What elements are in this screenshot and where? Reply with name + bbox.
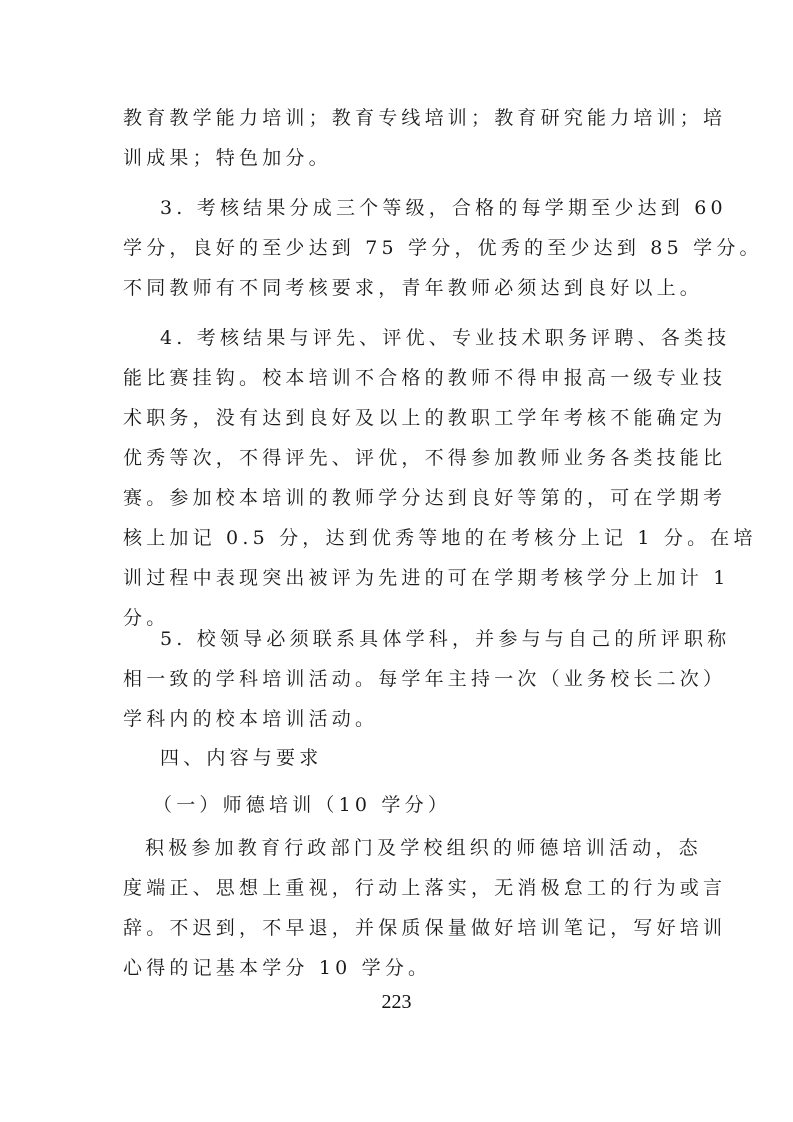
text-line: 辞。不迟到，不早退，并保质保量做好培训笔记，写好培训 xyxy=(123,916,683,940)
text-line: 4. 考核结果与评先、评优、专业技术职务评聘、各类技 xyxy=(160,326,683,350)
subsection-heading-ethics-training: （一）师德培训（10 学分） xyxy=(153,793,451,817)
text-line: 学分，良好的至少达到 75 学分，优秀的至少达到 85 学分。 xyxy=(123,236,683,260)
text-line: 优秀等次，不得评先、评优，不得参加教师业务各类技能比 xyxy=(123,446,683,470)
text-line: 训过程中表现突出被评为先进的可在学期考核学分上加计 1 xyxy=(123,566,683,590)
text-line: 核上加记 0.5 分，达到优秀等地的在考核分上记 1 分。在培 xyxy=(123,526,683,550)
text-line: 相一致的学科培训活动。每学年主持一次（业务校长二次） xyxy=(123,667,683,691)
text-line: 教育教学能力培训；教育专线培训；教育研究能力培训；培 xyxy=(123,106,683,130)
text-line: 能比赛挂钩。校本培训不合格的教师不得申报高一级专业技 xyxy=(123,366,683,390)
text-line: 学科内的校本培训活动。 xyxy=(123,707,683,731)
text-line: 心得的记基本学分 10 学分。 xyxy=(123,956,683,980)
text-line: 赛。参加校本培训的教师学分达到良好等第的，可在学期考 xyxy=(123,486,683,510)
text-line: 术职务，没有达到良好及以上的教职工学年考核不能确定为 xyxy=(123,406,683,430)
text-line: 不同教师有不同考核要求，青年教师必须达到良好以上。 xyxy=(123,276,683,300)
text-line: 度端正、思想上重视，行动上落实，无消极怠工的行为或言 xyxy=(123,876,683,900)
text-line: 3. 考核结果分成三个等级，合格的每学期至少达到 60 xyxy=(160,196,683,220)
text-line: 积极参加教育行政部门及学校组织的师德培训活动，态 xyxy=(145,836,683,860)
section-heading-content-requirements: 四、内容与要求 xyxy=(160,746,322,770)
page-number: 223 xyxy=(0,990,793,1014)
text-line: 5. 校领导必须联系具体学科，并参与与自己的所评职称 xyxy=(160,627,683,651)
text-line: 训成果；特色加分。 xyxy=(123,146,683,170)
document-page: 教育教学能力培训；教育专线培训；教育研究能力培训；培 训成果；特色加分。 3. … xyxy=(0,0,793,1122)
